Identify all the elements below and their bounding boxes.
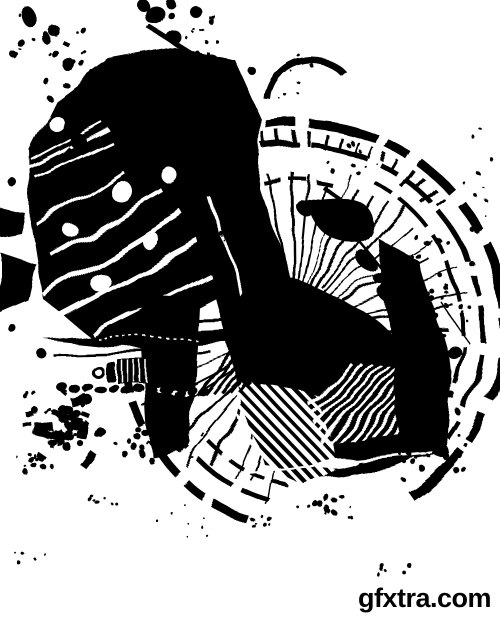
ink-artwork-layer bbox=[0, 0, 500, 519]
grunge-bike-illustration bbox=[0, 0, 500, 624]
washer-ring bbox=[93, 367, 103, 377]
bolt-head bbox=[106, 362, 116, 382]
rim-tick-marks bbox=[232, 131, 446, 207]
watermark-text: gfxtra.com bbox=[358, 583, 491, 613]
artwork-canvas: gfxtra.com bbox=[0, 0, 500, 624]
watermark: gfxtra.com bbox=[358, 583, 491, 614]
